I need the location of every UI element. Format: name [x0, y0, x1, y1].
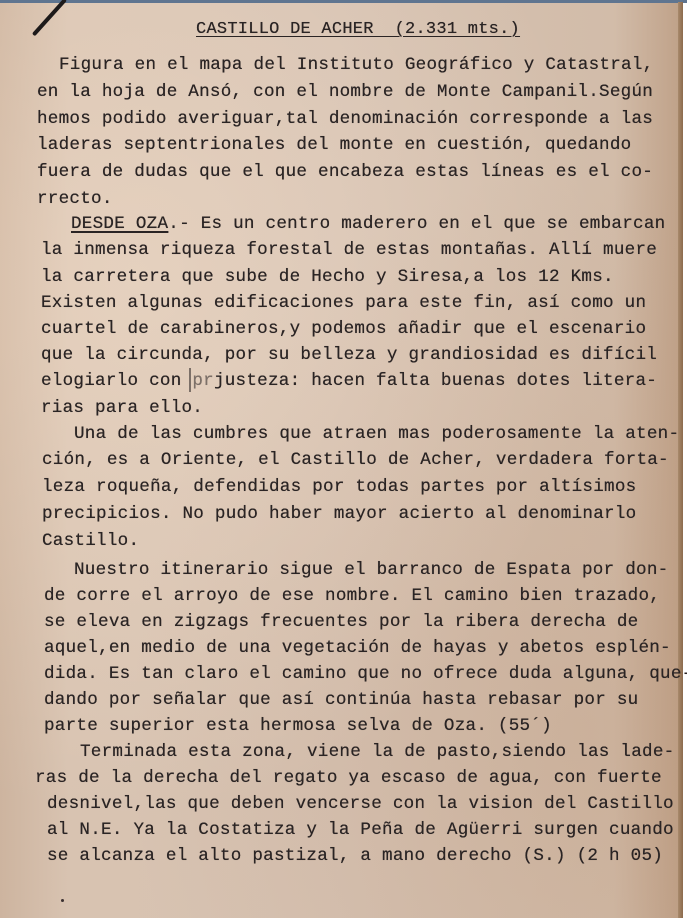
text-line: ción, es a Oriente, el Castillo de Acher… [42, 450, 669, 470]
text-line: rrecto. [37, 189, 113, 209]
text-line: Una de las cumbres que atraen mas podero… [74, 424, 679, 444]
document-title: CASTILLO DE ACHER (2.331 mts.) [196, 20, 520, 39]
text-line: rias para ello. [41, 398, 203, 418]
text-line: al N.E. Ya la Costatiza y la Peña de Agü… [47, 820, 674, 840]
text-line: leza roqueña, defendidas por todas parte… [42, 477, 636, 497]
text-line: fuera de dudas que el que encabeza estas… [37, 162, 653, 182]
overtyped-correction: pr [192, 371, 214, 391]
text-line: aquel,en medio de una vegetación de haya… [44, 638, 671, 658]
text-line: cuartel de carabineros,y podemos añadir … [41, 319, 646, 339]
text-line: dida. Es tan claro el camino que no ofre… [44, 664, 687, 684]
section-heading: DESDE OZA [71, 214, 168, 234]
text-line: Castillo. [42, 531, 139, 551]
text-line: desnivel,las que deben vencerse con la v… [47, 794, 674, 814]
text-line: que la circunda, por su belleza y grandi… [41, 345, 657, 365]
text-line: Figura en el mapa del Instituto Geográfi… [59, 55, 653, 75]
text-line: parte superior esta hermosa selva de Oza… [44, 716, 552, 736]
text-line: ras de la derecha del regato ya escaso d… [35, 768, 662, 788]
page-right-edge [678, 2, 683, 918]
text-line: Nuestro itinerario sigue el barranco de … [74, 560, 668, 580]
text-line: dando por señalar que así continúa hasta… [44, 690, 638, 710]
text-line: se eleva en zigzags frecuentes por la ri… [44, 612, 638, 632]
text-line: de corre el arroyo de ese nombre. El cam… [44, 586, 660, 606]
text-line: se alcanza el alto pastizal, a mano dere… [47, 846, 663, 866]
text-line: laderas septentrionales del monte en cue… [37, 135, 631, 155]
ink-speck [61, 899, 64, 902]
text-line: la carretera que sube de Hecho y Siresa,… [41, 267, 614, 287]
text-line: la inmensa riqueza forestal de estas mon… [41, 240, 657, 260]
text-line: hemos podido averiguar,tal denominación … [37, 109, 653, 129]
text-line: DESDE OZA.- Es un centro maderero en el … [71, 214, 665, 234]
text-line: precipicios. No pudo haber mayor acierto… [42, 504, 636, 524]
text-line: elogiarlo con prjusteza: hacen falta bue… [41, 371, 657, 391]
text-line: en la hoja de Ansó, con el nombre de Mon… [37, 82, 653, 102]
text-line: Terminada esta zona, viene la de pasto,s… [80, 742, 674, 762]
text-line: Existen algunas edificaciones para este … [41, 293, 646, 313]
scan-top-border [0, 0, 687, 3]
